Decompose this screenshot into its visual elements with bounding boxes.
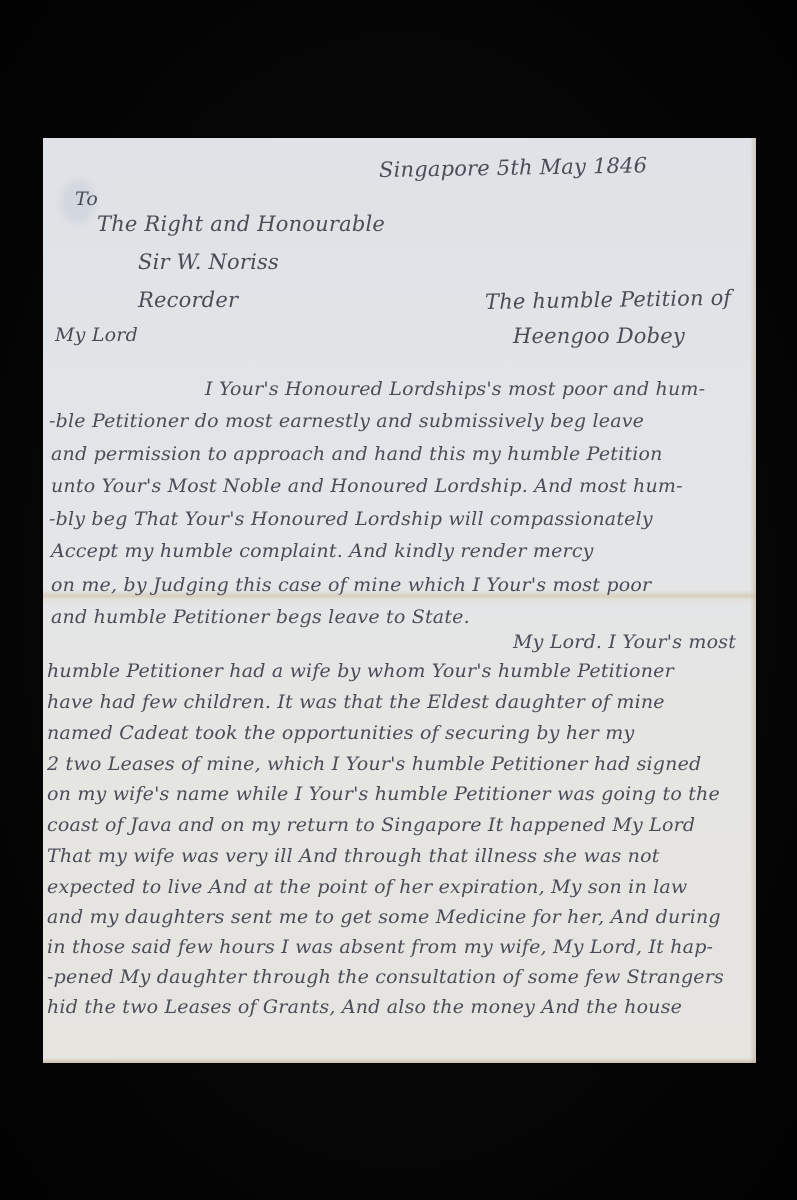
- body-line: and my daughters sent me to get some Med…: [47, 906, 721, 928]
- body-line: have had few children. It was that the E…: [47, 691, 665, 713]
- body-line: on me, by Judging this case of mine whic…: [51, 574, 651, 596]
- body-line: -bly beg That Your's Honoured Lordship w…: [49, 508, 653, 530]
- body-line: -pened My daughter through the consultat…: [47, 966, 724, 988]
- petition-title: The humble Petition of: [485, 286, 732, 314]
- addressee-title: The Right and Honourable: [97, 212, 385, 236]
- body-line: I Your's Honoured Lordships's most poor …: [205, 378, 705, 400]
- body-line: on my wife's name while I Your's humble …: [47, 783, 720, 805]
- body-line: -ble Petitioner do most earnestly and su…: [49, 410, 644, 432]
- paper-edge-bottom: [43, 1058, 756, 1063]
- body-line: My Lord. I Your's most: [513, 631, 736, 653]
- salutation-to: To: [75, 188, 98, 210]
- paper-edge-right: [750, 138, 756, 1063]
- body-line: expected to live And at the point of her…: [47, 876, 687, 898]
- body-line: Accept my humble complaint. And kindly r…: [51, 540, 594, 562]
- body-line: coast of Java and on my return to Singap…: [47, 814, 695, 836]
- petition-letter-page: Singapore 5th May 1846 To The Right and …: [43, 138, 756, 1063]
- petitioner-name: Heengoo Dobey: [513, 324, 685, 348]
- body-line: humble Petitioner had a wife by whom You…: [47, 660, 674, 682]
- body-line: named Cadeat took the opportunities of s…: [47, 722, 634, 744]
- salutation-greeting: My Lord: [55, 324, 138, 346]
- body-line: That my wife was very ill And through th…: [47, 845, 660, 867]
- body-line: hid the two Leases of Grants, And also t…: [47, 996, 682, 1018]
- body-line: 2 two Leases of mine, which I Your's hum…: [47, 753, 701, 775]
- body-line: in those said few hours I was absent fro…: [47, 936, 713, 958]
- addressee-office: Recorder: [138, 288, 238, 312]
- addressee-name: Sir W. Noriss: [138, 250, 279, 274]
- body-line: and humble Petitioner begs leave to Stat…: [51, 606, 470, 628]
- body-line: unto Your's Most Noble and Honoured Lord…: [51, 475, 683, 497]
- place-date: Singapore 5th May 1846: [379, 153, 648, 182]
- body-line: and permission to approach and hand this…: [51, 443, 663, 465]
